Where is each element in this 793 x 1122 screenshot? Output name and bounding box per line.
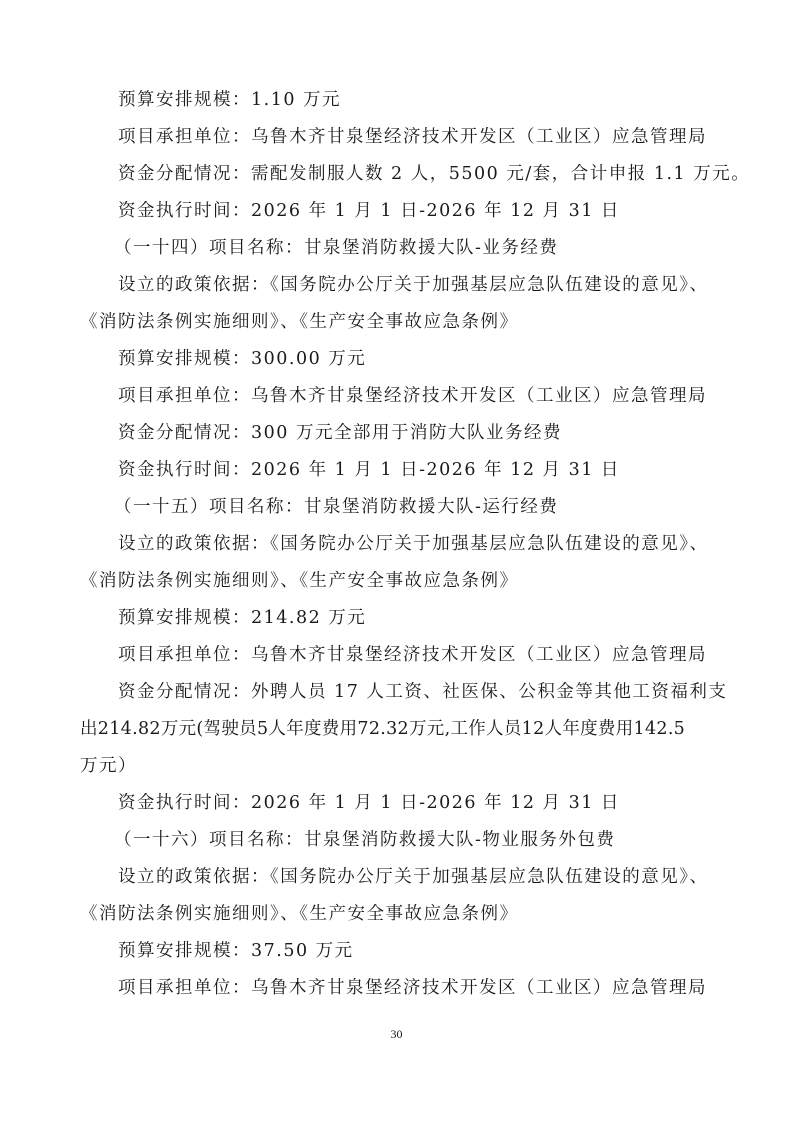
policy-basis-continuation: 《消防法条例实施细则》、《生产安全事故应急条例》 <box>80 902 720 926</box>
page-number: 30 <box>0 1027 793 1042</box>
execution-time-line: 资金执行时间：2026 年 1 月 1 日-2026 年 12 月 31 日 <box>118 458 758 482</box>
undertaking-unit-line: 项目承担单位：乌鲁木齐甘泉堡经济技术开发区（工业区）应急管理局 <box>118 125 758 149</box>
policy-basis-line: 设立的政策依据：《国务院办公厅关于加强基层应急队伍建设的意见》、 <box>118 532 758 556</box>
policy-basis-continuation: 《消防法条例实施细则》、《生产安全事故应急条例》 <box>80 310 720 334</box>
undertaking-unit-line: 项目承担单位：乌鲁木齐甘泉堡经济技术开发区（工业区）应急管理局 <box>118 643 758 667</box>
project-heading-16: （一十六）项目名称：甘泉堡消防救援大队-物业服务外包费 <box>114 828 754 852</box>
execution-time-line: 资金执行时间：2026 年 1 月 1 日-2026 年 12 月 31 日 <box>118 199 758 223</box>
project-heading-15: （一十五）项目名称：甘泉堡消防救援大队-运行经费 <box>114 495 754 519</box>
budget-scale-line: 预算安排规模：300.00 万元 <box>118 347 758 371</box>
fund-allocation-line: 资金分配情况：外聘人员 17 人工资、社医保、公积金等其他工资福利支 <box>118 680 758 704</box>
fund-allocation-line: 资金分配情况：需配发制服人数 2 人，5500 元/套，合计申报 1.1 万元。 <box>118 162 758 186</box>
policy-basis-continuation: 《消防法条例实施细则》、《生产安全事故应急条例》 <box>80 569 720 593</box>
budget-scale-line: 预算安排规模：214.82 万元 <box>118 606 758 630</box>
project-heading-14: （一十四）项目名称：甘泉堡消防救援大队-业务经费 <box>114 236 754 260</box>
budget-scale-line: 预算安排规模：37.50 万元 <box>118 939 758 963</box>
undertaking-unit-line: 项目承担单位：乌鲁木齐甘泉堡经济技术开发区（工业区）应急管理局 <box>118 384 758 408</box>
undertaking-unit-line: 项目承担单位：乌鲁木齐甘泉堡经济技术开发区（工业区）应急管理局 <box>118 976 758 1000</box>
document-page: 预算安排规模：1.10 万元 项目承担单位：乌鲁木齐甘泉堡经济技术开发区（工业区… <box>0 0 793 1122</box>
policy-basis-line: 设立的政策依据：《国务院办公厅关于加强基层应急队伍建设的意见》、 <box>118 273 758 297</box>
budget-scale-line: 预算安排规模：1.10 万元 <box>118 88 758 112</box>
policy-basis-line: 设立的政策依据：《国务院办公厅关于加强基层应急队伍建设的意见》、 <box>118 865 758 889</box>
fund-allocation-continuation: 出214.82万元(驾驶员5人年度费用72.32万元,工作人员12人年度费用14… <box>80 717 720 741</box>
fund-allocation-continuation: 万元） <box>80 754 720 778</box>
fund-allocation-line: 资金分配情况：300 万元全部用于消防大队业务经费 <box>118 421 758 445</box>
execution-time-line: 资金执行时间：2026 年 1 月 1 日-2026 年 12 月 31 日 <box>118 791 758 815</box>
